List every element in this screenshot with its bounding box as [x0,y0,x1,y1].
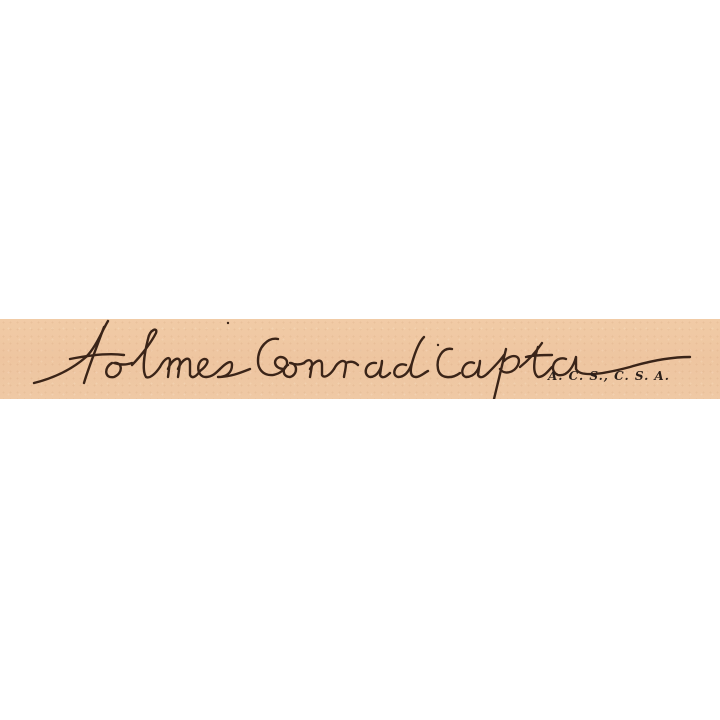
handwritten-signature [0,319,720,399]
rank-stamp: A. C. S., C. S. A. [548,369,670,383]
paper-strip: Holmes Conrad Capt. [0,319,720,399]
